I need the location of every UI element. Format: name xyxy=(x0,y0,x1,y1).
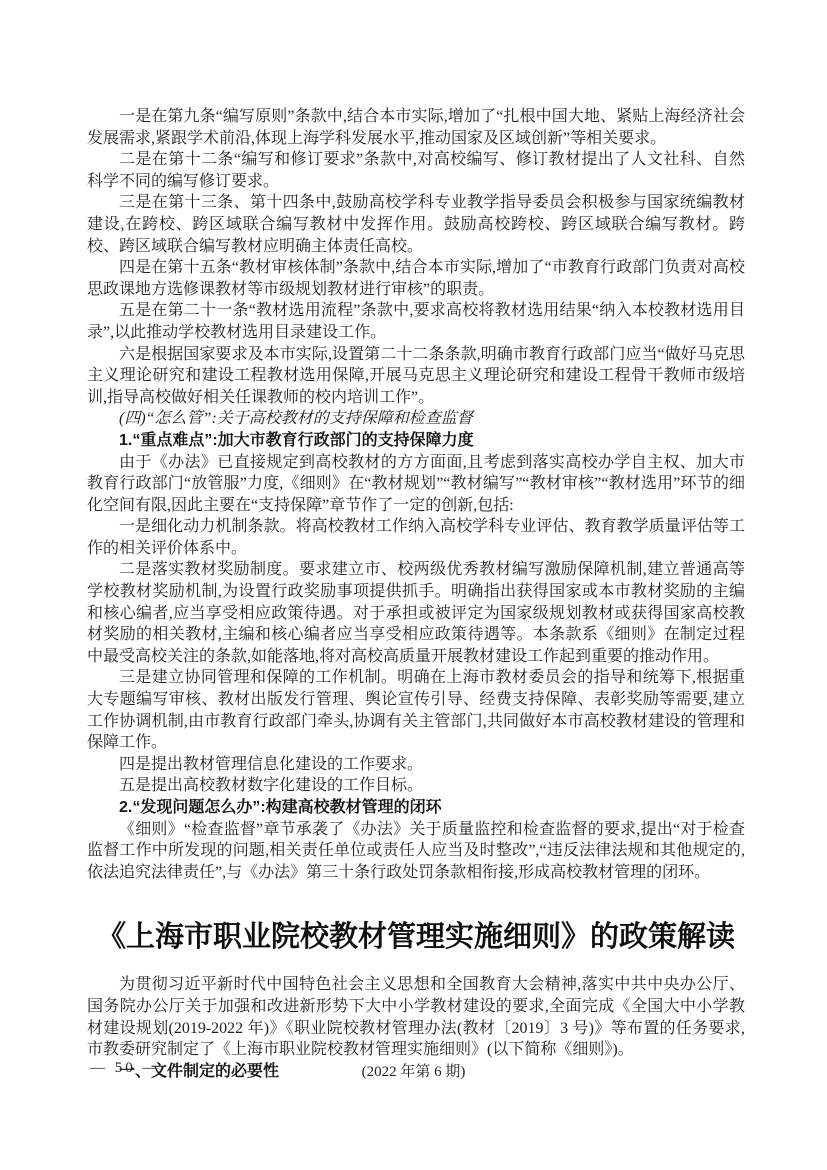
document-page: 一是在第九条“编写原则”条款中,结合本市实际,增加了“扎根中国大地、紧贴上海经济… xyxy=(0,0,827,1170)
paragraph: 四是在第十五条“教材审核体制”条款中,结合本市实际,增加了“市教育行政部门负责对… xyxy=(87,257,745,300)
paragraph: 《细则》“检查监督”章节承袭了《办法》关于质量监控和检查监督的要求,提出“对于检… xyxy=(87,819,745,884)
subsection-heading-how-to-manage: (四)“怎么管”:关于高校教材的支持保障和检查监督 xyxy=(87,408,745,430)
numbered-heading-problem-found: 2.“发现问题怎么办”:构建高校教材管理的闭环 xyxy=(87,797,745,819)
article-title: 《上海市职业院校教材管理实施细则》的政策解读 xyxy=(87,917,745,957)
paragraph: 二是落实教材奖励制度。要求建立市、校两级优秀教材编写激励保障机制,建立普通高等学… xyxy=(87,559,745,667)
numbered-heading-key-difficulties: 1.“重点难点”:加大市教育行政部门的支持保障力度 xyxy=(87,430,745,452)
paragraph: 三是在第十三条、第十四条中,鼓励高校学科专业教学指导委员会积极参与国家统编教材建… xyxy=(87,192,745,257)
paragraph: 五是在第二十一条“教材选用流程”条款中,要求高校将教材选用结果“纳入本校教材选用… xyxy=(87,300,745,343)
paragraph: 四是提出教材管理信息化建设的工作要求。 xyxy=(87,754,745,776)
paragraph: 六是根据国家要求及本市实际,设置第二十二条条款,明确市教育行政部门应当“做好马克… xyxy=(87,344,745,409)
paragraph: 五是提出高校教材数字化建设的工作目标。 xyxy=(87,775,745,797)
paragraph: 一是细化动力机制条款。将高校教材工作纳入高校学科专业评估、教育教学质量评估等工作… xyxy=(87,516,745,559)
page-footer: — 50 — (2022 年第 6 期) xyxy=(0,1060,827,1082)
paragraph: 为贯彻习近平新时代中国特色社会主义思想和全国教育大会精神,落实中共中央办公厅、国… xyxy=(87,974,745,1060)
paragraph: 二是在第十二条“编写和修订要求”条款中,对高校编写、修订教材提出了人文社科、自然… xyxy=(87,149,745,192)
paragraph: 三是建立协同管理和保障的工作机制。明确在上海市教材委员会的指导和统筹下,根据重大… xyxy=(87,667,745,753)
issue-label: (2022 年第 6 期) xyxy=(0,1060,827,1081)
paragraph: 一是在第九条“编写原则”条款中,结合本市实际,增加了“扎根中国大地、紧贴上海经济… xyxy=(87,106,745,149)
paragraph: 由于《办法》已直接规定到高校教材的方方面面,且考虑到落实高校办学自主权、加大市教… xyxy=(87,452,745,517)
page-body: 一是在第九条“编写原则”条款中,结合本市实际,增加了“扎根中国大地、紧贴上海经济… xyxy=(87,106,745,1082)
